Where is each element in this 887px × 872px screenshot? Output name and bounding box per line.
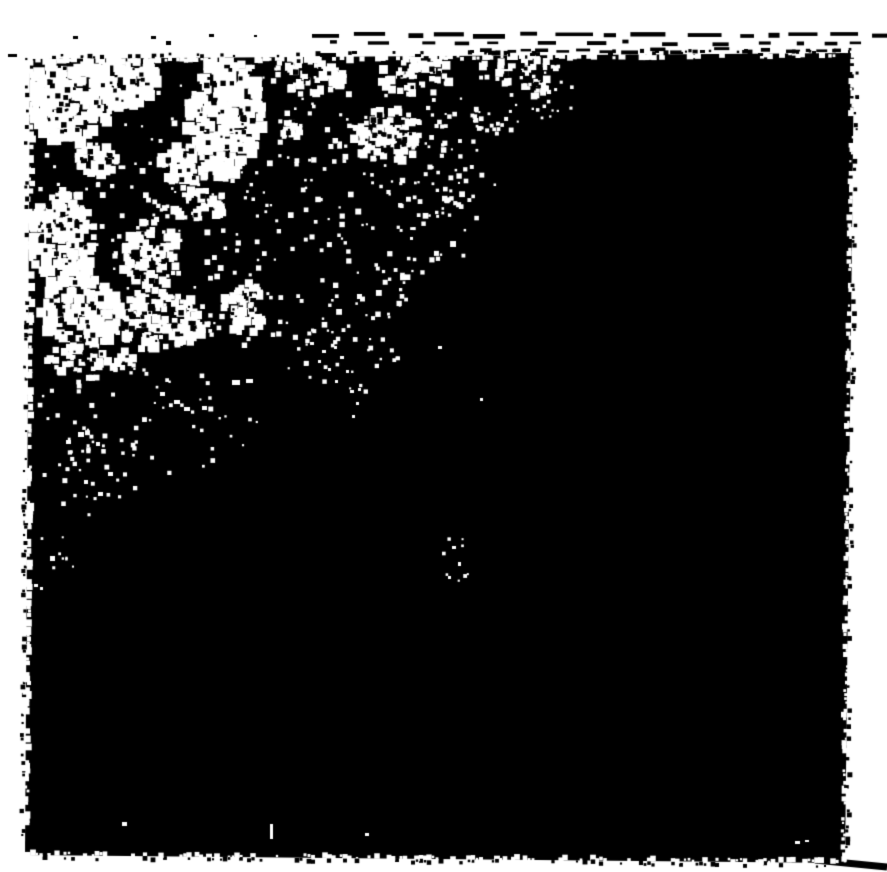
photo-canvas: [0, 0, 887, 872]
scanned-page: [0, 0, 887, 872]
